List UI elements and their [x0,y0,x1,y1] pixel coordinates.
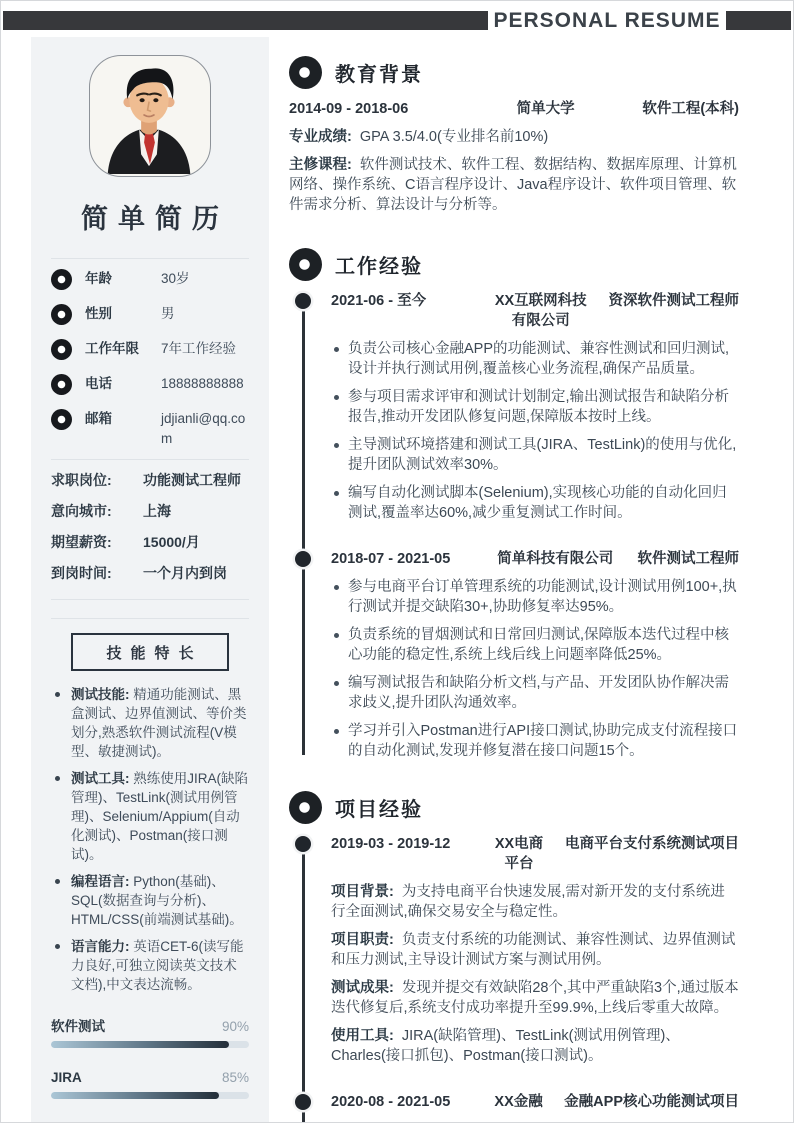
timeline-dot-icon [295,551,311,567]
bullet-item: 负责系统的冒烟测试和日常回归测试,保障版本迭代过程中核心功能的稳定性,系统上线后… [331,625,739,665]
info-value: jdjianli@qq.com [161,409,249,449]
bullet-item: 学习并引入Postman进行API接口测试,协助完成支付流程接口的自动化测试,发… [331,721,739,761]
education-date: 2014-09 - 2018-06 [289,99,449,119]
section-bullet-icon [289,248,322,281]
entry-header-row: 2021-06 - 至今XX互联网科技 有限公司资深软件测试工程师 [331,291,739,331]
section-header: 项目经验 [289,791,739,824]
info-label: 邮箱 [85,409,161,429]
divider [51,618,249,619]
skill-bar-percent: 85% [222,1069,249,1087]
paragraph-lead: 项目职责: [331,932,394,948]
donut-circle-icon [51,374,72,395]
section-bullet-icon [289,56,322,89]
skill-item: 编程语言: Python(基础)、SQL(数据查询与分析)、HTML/CSS(前… [51,868,249,933]
entry-date: 2020-08 - 2021-05 [331,1092,481,1112]
intent-value: 一个月内到岗 [143,563,249,584]
entry-date: 2021-06 - 至今 [331,291,481,331]
section-work: 工作经验 2021-06 - 至今XX互联网科技 有限公司资深软件测试工程师负责… [289,248,739,761]
entry-header-row: 2019-03 - 2019-12XX电商 平台电商平台支付系统测试项目 [331,834,739,874]
skill-text: 语言能力: 英语CET-6(读写能力良好,可独立阅读英文技术文档),中文表达流畅… [71,937,249,994]
skill-text: 编程语言: Python(基础)、SQL(数据查询与分析)、HTML/CSS(前… [71,872,249,929]
intent-label: 意向城市: [51,501,143,522]
info-label: 年龄 [85,269,161,289]
skill-lead: 测试技能: [71,687,130,702]
project-entries: 2019-03 - 2019-12XX电商 平台电商平台支付系统测试项目项目背景… [289,834,739,1112]
bullet-item: 主导测试环境搭建和测试工具(JIRA、TestLink)的使用与优化,提升团队测… [331,435,739,475]
avatar [89,55,211,177]
resume-page: PERSONAL RESUME 简单简历 年龄30岁性别男工作 [0,0,794,1123]
entry-role: 软件测试工程师 [638,549,740,569]
entry-company: XX电商 平台 [481,834,557,874]
entry-date: 2018-07 - 2021-05 [331,549,481,569]
bullet-list: 负责公司核心金融APP的功能测试、兼容性测试和回归测试,设计并执行测试用例,覆盖… [331,339,739,523]
info-label: 工作年限 [85,339,161,359]
info-value: 男 [161,304,249,324]
skill-bar-percent: 90% [222,1018,249,1036]
skill-lead: 编程语言: [71,874,130,889]
info-row: 工作年限7年工作经验 [51,332,249,367]
timeline-dot-icon [295,293,311,309]
skill-item: 语言能力: 英语CET-6(读写能力良好,可独立阅读英文技术文档),中文表达流畅… [51,933,249,998]
skill-bar: 软件测试90% [51,1018,249,1048]
skill-bars: 软件测试90%JIRA85% [51,1018,249,1099]
skill-lead: 测试工具: [71,771,130,786]
skill-bar: JIRA85% [51,1069,249,1099]
paragraph-lead: 使用工具: [331,1028,394,1044]
intent-value: 功能测试工程师 [143,470,249,491]
info-row: 年龄30岁 [51,262,249,297]
section-title: 教育背景 [335,58,423,87]
skill-text: 测试工具: 熟练使用JIRA(缺陷管理)、TestLink(测试用例管理)、Se… [71,769,249,864]
donut-circle-icon [51,409,72,430]
skill-bar-label: 软件测试 [51,1018,105,1036]
info-value: 30岁 [161,269,249,289]
info-value: 18888888888 [161,374,249,394]
entry-header-row: 2020-08 - 2021-05XX金融金融APP核心功能测试项目 [331,1092,739,1112]
bullet-item: 负责公司核心金融APP的功能测试、兼容性测试和回归测试,设计并执行测试用例,覆盖… [331,339,739,379]
intent-row: 期望薪资:15000/月 [51,527,249,558]
education-paragraphs: 专业成绩: GPA 3.5/4.0(专业排名前10%)主修课程: 软件测试技术、… [289,127,739,215]
section-header: 教育背景 [289,56,739,89]
sidebar: 简单简历 年龄30岁性别男工作年限7年工作经验电话18888888888邮箱jd… [31,37,269,1123]
info-row: 性别男 [51,297,249,332]
bullet-dot-icon [55,776,60,781]
intent-label: 期望薪资: [51,532,143,553]
skill-lead: 语言能力: [71,939,130,954]
section-title: 项目经验 [335,793,423,822]
skill-bar-fill [51,1092,219,1099]
job-intent-list: 求职岗位:功能测试工程师意向城市:上海期望薪资:15000/月到岗时间:一个月内… [51,460,249,591]
donut-circle-icon [51,304,72,325]
paragraph-lead: 专业成绩: [289,129,352,145]
timeline-entry: 2018-07 - 2021-05简单科技有限公司软件测试工程师参与电商平台订单… [289,549,739,761]
entry-company: XX金融 [481,1092,556,1112]
bullet-dot-icon [55,944,60,949]
timeline-dot-icon [295,836,311,852]
paragraph-lead: 项目背景: [331,884,394,900]
page-title: PERSONAL RESUME [488,3,726,39]
skills-list: 测试技能: 精通功能测试、黑盒测试、边界值测试、等价类划分,熟悉软件测试流程(V… [51,681,249,998]
info-row: 电话18888888888 [51,367,249,402]
paragraph: 项目职责: 负责支付系统的功能测试、兼容性测试、边界值测试和压力测试,主导设计测… [331,930,739,970]
bullet-item: 编写测试报告和缺陷分析文档,与产品、开发团队协作解决需求歧义,提升团队沟通效率。 [331,673,739,713]
bullet-dot-icon [55,879,60,884]
info-row: 邮箱jdjianli@qq.com [51,402,249,456]
bullet-list: 参与电商平台订单管理系统的功能测试,设计测试用例100+,执行测试并提交缺陷30… [331,577,739,761]
entry-header-row: 2018-07 - 2021-05简单科技有限公司软件测试工程师 [331,549,739,569]
entry-company: 简单科技有限公司 [481,549,630,569]
education-degree: 软件工程(本科) [642,99,739,119]
work-entries: 2021-06 - 至今XX互联网科技 有限公司资深软件测试工程师负责公司核心金… [289,291,739,761]
section-title: 工作经验 [335,250,423,279]
info-label: 电话 [85,374,161,394]
timeline-entry: 2020-08 - 2021-05XX金融金融APP核心功能测试项目 [289,1092,739,1112]
skill-bar-label: JIRA [51,1069,82,1087]
paragraph: 使用工具: JIRA(缺陷管理)、TestLink(测试用例管理)、Charle… [331,1026,739,1066]
intent-row: 求职岗位:功能测试工程师 [51,465,249,496]
bullet-dot-icon [55,692,60,697]
paragraph: 测试成果: 发现并提交有效缺陷28个,其中严重缺陷3个,通过版本迭代修复后,系统… [331,978,739,1018]
timeline-entry: 2019-03 - 2019-12XX电商 平台电商平台支付系统测试项目项目背景… [289,834,739,1066]
entry-role: 电商平台支付系统测试项目 [565,834,739,874]
info-label: 性别 [85,304,161,324]
skill-bar-header: 软件测试90% [51,1018,249,1036]
entry-company: XX互联网科技 有限公司 [481,291,601,331]
paragraph-lead: 主修课程: [289,157,352,173]
donut-circle-icon [51,339,72,360]
skill-bar-track [51,1041,249,1048]
skill-item: 测试工具: 熟练使用JIRA(缺陷管理)、TestLink(测试用例管理)、Se… [51,765,249,868]
timeline-entry: 2021-06 - 至今XX互联网科技 有限公司资深软件测试工程师负责公司核心金… [289,291,739,523]
skill-bar-fill [51,1041,229,1048]
intent-label: 求职岗位: [51,470,143,491]
bullet-item: 参与项目需求评审和测试计划制定,输出测试报告和缺陷分析报告,推动开发团队修复问题… [331,387,739,427]
paragraph-lead: 测试成果: [331,980,394,996]
paragraph: 专业成绩: GPA 3.5/4.0(专业排名前10%) [289,127,739,147]
section-bullet-icon [289,791,322,824]
candidate-name: 简单简历 [51,197,249,236]
timeline-dot-icon [295,1094,311,1110]
section-header: 工作经验 [289,248,739,281]
entry-date: 2019-03 - 2019-12 [331,834,481,874]
info-list: 年龄30岁性别男工作年限7年工作经验电话18888888888邮箱jdjianl… [51,259,249,459]
paragraph: 主修课程: 软件测试技术、软件工程、数据结构、数据库原理、计算机网络、操作系统、… [289,155,739,215]
education-school: 简单大学 [449,99,642,119]
skill-item: 测试技能: 精通功能测试、黑盒测试、边界值测试、等价类划分,熟悉软件测试流程(V… [51,681,249,765]
section-projects: 项目经验 2019-03 - 2019-12XX电商 平台电商平台支付系统测试项… [289,791,739,1112]
paragraph: 项目背景: 为支持电商平台快速发展,需对新开发的支付系统进行全面测试,确保交易安… [331,882,739,922]
skill-bar-header: JIRA85% [51,1069,249,1087]
intent-row: 意向城市:上海 [51,496,249,527]
bullet-item: 编写自动化测试脚本(Selenium),实现核心功能的自动化回归测试,覆盖率达6… [331,483,739,523]
intent-label: 到岗时间: [51,563,143,584]
skill-bar-track [51,1092,249,1099]
intent-value: 上海 [143,501,249,522]
section-education: 教育背景 2014-09 - 2018-06 简单大学 软件工程(本科) 专业成… [289,56,739,215]
skill-text: 测试技能: 精通功能测试、黑盒测试、边界值测试、等价类划分,熟悉软件测试流程(V… [71,685,249,761]
info-value: 7年工作经验 [161,339,249,359]
intent-row: 到岗时间:一个月内到岗 [51,558,249,589]
education-header-row: 2014-09 - 2018-06 简单大学 软件工程(本科) [289,99,739,119]
entry-role: 金融APP核心功能测试项目 [564,1092,739,1112]
man-portrait-icon [90,56,208,174]
divider [51,599,249,600]
intent-value: 15000/月 [143,532,249,553]
skills-section-title: 技能特长 [71,633,229,671]
main-column: 教育背景 2014-09 - 2018-06 简单大学 软件工程(本科) 专业成… [289,56,739,1120]
entry-role: 资深软件测试工程师 [609,291,740,331]
donut-circle-icon [51,269,72,290]
bullet-item: 参与电商平台订单管理系统的功能测试,设计测试用例100+,执行测试并提交缺陷30… [331,577,739,617]
